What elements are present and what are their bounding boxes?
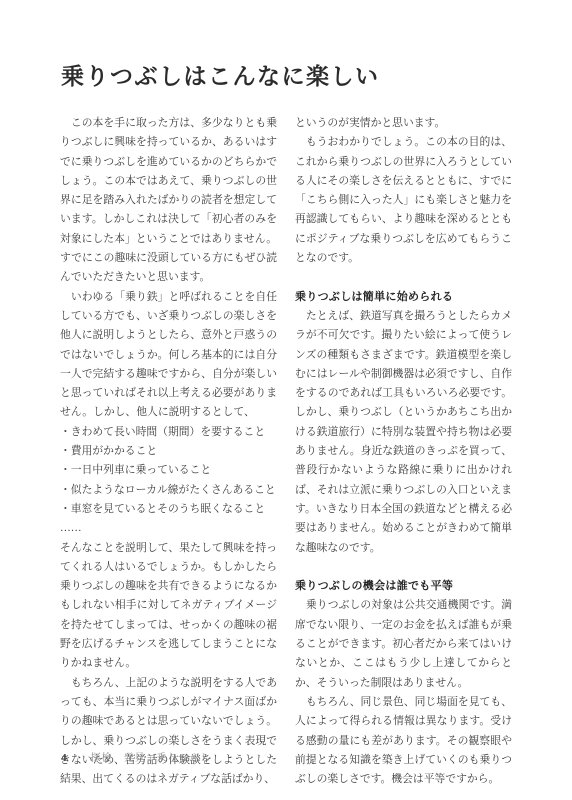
footer-chapter-title: 探検 発見 乗りつぶし xyxy=(91,749,212,764)
page-title: 乗りつぶしはこんなに楽しい xyxy=(61,58,380,91)
page-number: 4 xyxy=(61,752,67,764)
paragraph-public-transport: 乗りつぶしの対象は公共交通機関です。満席でない限り、一定のお金を払えば誰もが乗る… xyxy=(295,596,512,692)
paragraph-easy-to-start: たとえば、鉄道写真を撮ろうとしたらカメラが不可欠です。撮りたい絵によって使うレン… xyxy=(295,307,512,558)
bullet-item: ・一日中列車に乗っていること xyxy=(60,461,277,480)
bullet-item: ・似たようなローカル線がたくさんあること xyxy=(60,481,277,500)
paragraph-negative-image: そんなことを説明して、果たして興味を持ってくれる人はいるでしょうか。もしかしたら… xyxy=(60,539,277,674)
paragraph-purpose: もうおわかりでしょう。この本の目的は、これから乗りつぶしの世界に入ろうとしている… xyxy=(295,133,512,268)
text-columns: この本を手に取った方は、多少なりとも乗りつぶしに興味を持っているか、あるいはすで… xyxy=(60,114,512,789)
bullet-item: ・車窓を見ているとそのうち眠くなること xyxy=(60,500,277,519)
ellipsis-line: …… xyxy=(60,519,277,538)
book-page: 乗りつぶしはこんなに楽しい この本を手に取った方は、多少なりとも乗りつぶしに興味… xyxy=(0,0,572,800)
bullet-item: ・きわめて長い時間（期間）を要すること xyxy=(60,423,277,442)
paragraph-noritetsu: いわゆる「乗り鉄」と呼ばれることを自任している方でも、いざ乗りつぶしの楽しさを他… xyxy=(60,288,277,423)
section-heading-equal-opportunity: 乗りつぶしの機会は誰でも平等 xyxy=(295,577,512,596)
paragraph-kurou-banashi: もちろん、上記のような説明をする人であっても、本当に乗りつぶしがマイナス面ばかり… xyxy=(60,674,277,790)
page-footer: 4 探検 発見 乗りつぶし xyxy=(61,749,212,764)
paragraph-observation: もちろん、同じ景色、同じ場面を見ても、人によって得られる情報は異なります。受ける… xyxy=(295,693,512,789)
left-column: この本を手に取った方は、多少なりとも乗りつぶしに興味を持っているか、あるいはすで… xyxy=(60,114,277,789)
bullet-item: ・費用がかかること xyxy=(60,442,277,461)
drawback-bullet-list: ・きわめて長い時間（期間）を要すること ・費用がかかること ・一日中列車に乗って… xyxy=(60,423,277,519)
section-heading-easy-to-start: 乗りつぶしは簡単に始められる xyxy=(295,288,512,307)
paragraph-jitsujou: というのが実情かと思います。 xyxy=(295,114,512,133)
right-column: というのが実情かと思います。 もうおわかりでしょう。この本の目的は、これから乗り… xyxy=(295,114,512,789)
paragraph-intro: この本を手に取った方は、多少なりとも乗りつぶしに興味を持っているか、あるいはすで… xyxy=(60,114,277,288)
